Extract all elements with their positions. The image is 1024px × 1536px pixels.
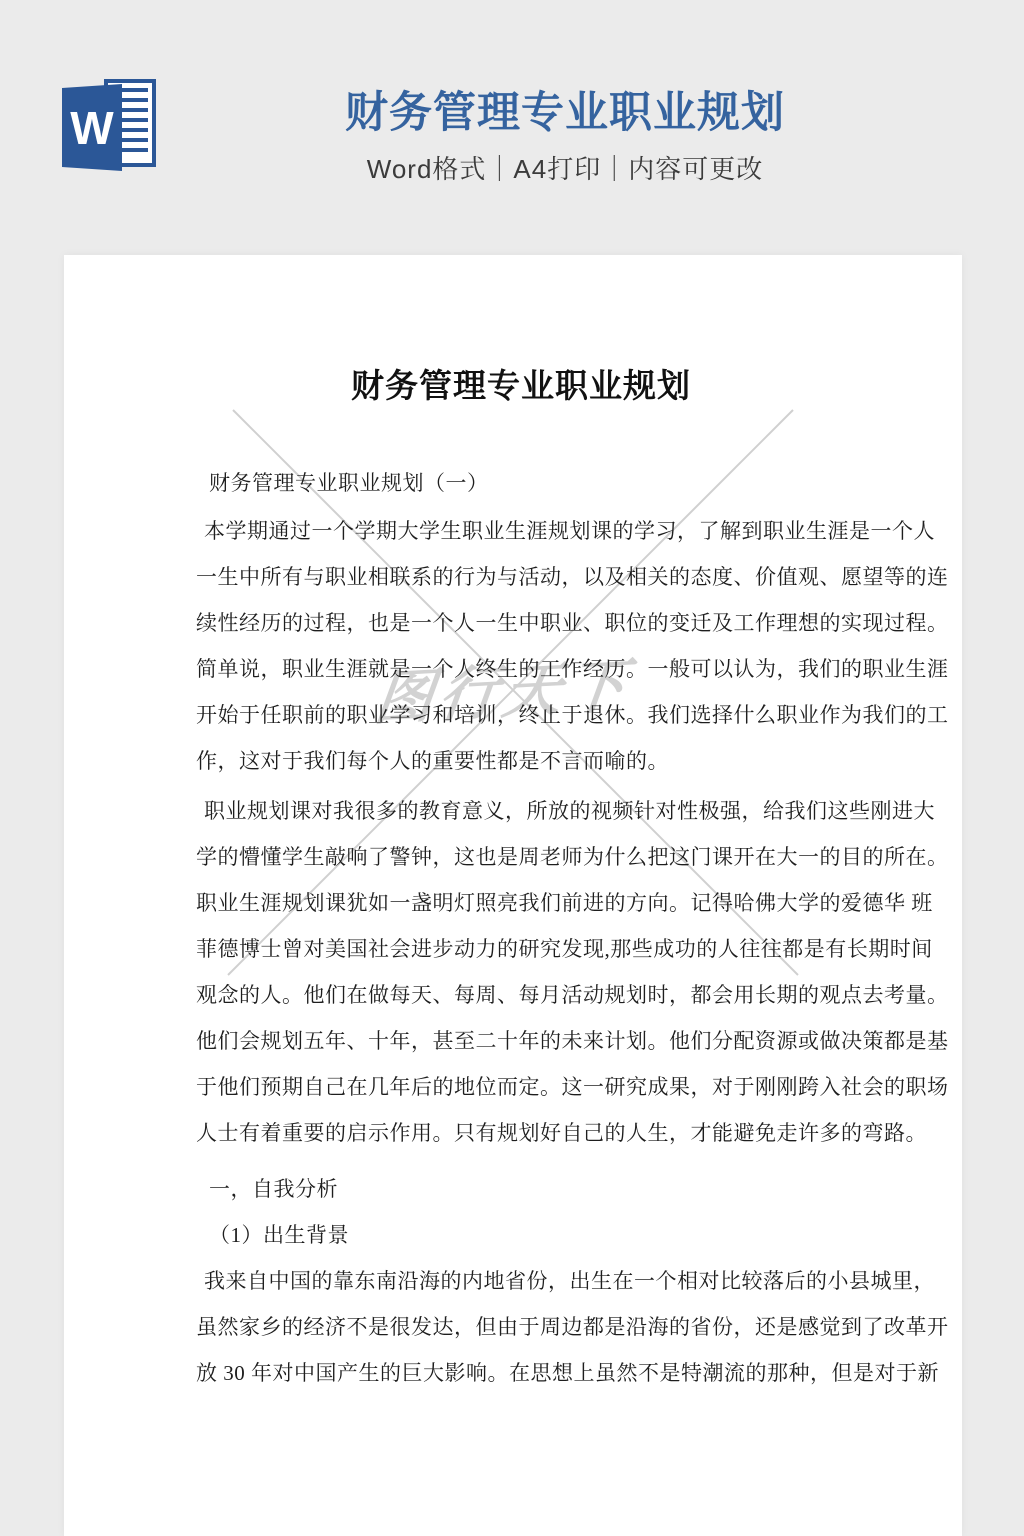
text-line: 职业生涯规划课犹如一盏明灯照亮我们前进的方向。记得哈佛大学的爱德华 班	[196, 880, 856, 926]
text-line: 观念的人。他们在做每天、每周、每月活动规划时，都会用长期的观点去考量。	[196, 972, 856, 1018]
text-line: 于他们预期自己在几年后的地位而定。这一研究成果，对于刚刚跨入社会的职场	[196, 1064, 856, 1110]
paragraph: 财务管理专业职业规划（一）	[196, 460, 856, 506]
text-line: 菲德博士曾对美国社会进步动力的研究发现,那些成功的人往往都是有长期时间	[196, 926, 856, 972]
section-heading: 一，自我分析	[196, 1166, 856, 1212]
preview-header: W 财务管理专业职业规划 Word格式｜A4打印｜内容可更改	[0, 0, 1024, 255]
text-line: 作，这对于我们每个人的重要性都是不言而喻的。	[196, 738, 856, 784]
text-line: 本学期通过一个学期大学生职业生涯规划课的学习，了解到职业生涯是一个人	[196, 508, 856, 554]
paragraph: 我来自中国的靠东南沿海的内地省份，出生在一个相对比较落后的小县城里， 虽然家乡的…	[196, 1258, 856, 1396]
text-line: 他们会规划五年、十年，甚至二十年的未来计划。他们分配资源或做决策都是基	[196, 1018, 856, 1064]
text-line: 人士有着重要的启示作用。只有规划好自己的人生，才能避免走许多的弯路。	[196, 1110, 856, 1156]
text-line: 虽然家乡的经济不是很发达，但由于周边都是沿海的省份，还是感觉到了改革开	[196, 1304, 856, 1350]
paragraph: 职业规划课对我很多的教育意义，所放的视频针对性极强，给我们这些刚进大 学的懵懂学…	[196, 788, 856, 1156]
text-line: 一，自我分析	[196, 1166, 856, 1212]
template-title: 财务管理专业职业规划	[160, 90, 970, 136]
text-line: （1）出生背景	[196, 1212, 856, 1258]
document-content: 财务管理专业职业规划 财务管理专业职业规划（一） 本学期通过一个学期大学生职业生…	[196, 255, 856, 1396]
section-heading: （1）出生背景	[196, 1212, 856, 1258]
word-icon-letter: W	[70, 105, 113, 151]
text-line: 学的懵懂学生敲响了警钟，这也是周老师为什么把这门课开在大一的目的所在。	[196, 834, 856, 880]
text-line: 放 30 年对中国产生的巨大影响。在思想上虽然不是特潮流的那种，但是对于新	[196, 1350, 856, 1396]
document-page: 图行天下 财务管理专业职业规划 财务管理专业职业规划（一） 本学期通过一个学期大…	[64, 255, 962, 1536]
text-line: 职业规划课对我很多的教育意义，所放的视频针对性极强，给我们这些刚进大	[196, 788, 856, 834]
text-line: 我来自中国的靠东南沿海的内地省份，出生在一个相对比较落后的小县城里，	[196, 1258, 856, 1304]
header-text-group: 财务管理专业职业规划 Word格式｜A4打印｜内容可更改	[160, 90, 970, 184]
template-meta: Word格式｜A4打印｜内容可更改	[160, 154, 970, 184]
text-line: 财务管理专业职业规划（一）	[196, 460, 856, 506]
text-line: 简单说，职业生涯就是一个人终生的工作经历。一般可以认为，我们的职业生涯	[196, 646, 856, 692]
text-line: 一生中所有与职业相联系的行为与活动，以及相关的态度、价值观、愿望等的连	[196, 554, 856, 600]
document-title: 财务管理专业职业规划	[196, 367, 846, 407]
word-icon-cover: W	[62, 84, 122, 171]
word-icon: W	[62, 79, 160, 173]
text-line: 开始于任职前的职业学习和培训，终止于退休。我们选择什么职业作为我们的工	[196, 692, 856, 738]
text-line: 续性经历的过程，也是一个人一生中职业、职位的变迁及工作理想的实现过程。	[196, 600, 856, 646]
paragraph: 本学期通过一个学期大学生职业生涯规划课的学习，了解到职业生涯是一个人 一生中所有…	[196, 508, 856, 784]
